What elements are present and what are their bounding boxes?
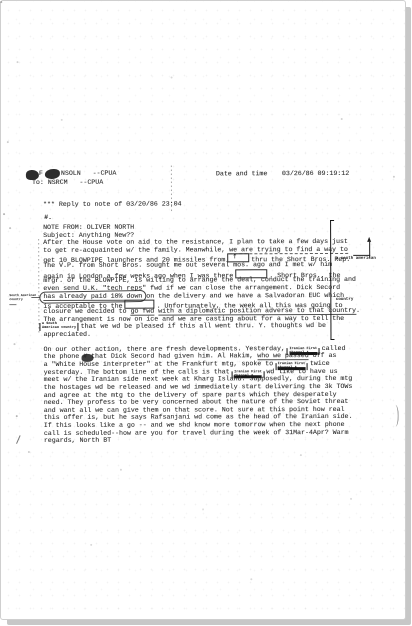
- pen-mark: #.: [44, 214, 52, 222]
- from-line-prefix: F: [39, 170, 43, 178]
- reply-line: *** Reply to note of 03/20/86 23:04: [43, 201, 182, 209]
- note-from-line: NOTE FROM: OLIVER NORTH: [43, 224, 134, 232]
- memo-content: F NSOLN --CPUA To: NSRCM --CPUA Date and…: [0, 0, 406, 619]
- arrow-line: [353, 255, 370, 256]
- memo-text: the phone # that Dick Secord had given h…: [44, 352, 258, 360]
- date-value: 03/26/86 09:19:12: [282, 170, 349, 178]
- scan-mark-paren: [392, 405, 399, 427]
- ink-smudge: [45, 169, 60, 179]
- stamp-line: country: [336, 298, 412, 303]
- scanned-memo-page: F NSOLN --CPUA To: NSRCM --CPUA Date and…: [0, 0, 406, 620]
- pen-circle: [39, 290, 146, 304]
- memo-text: off as: [309, 352, 337, 359]
- from-line: NSOLN --CPUA: [61, 170, 116, 178]
- memo-line: regards, North BT: [44, 437, 111, 445]
- memo-line: a SouthAmerican countrythat we wd be ple…: [37, 322, 326, 331]
- fold-line: [38, 239, 39, 334]
- underlined-text: who we passed: [257, 352, 308, 360]
- paper-specks: [0, 1, 2, 3]
- underlined-text: go fwd: [130, 308, 154, 316]
- memo-text: twice: [310, 360, 330, 367]
- memo-text: called: [322, 345, 346, 352]
- arrow-up-icon: ↑: [232, 253, 237, 261]
- memo-text: a "White House interpreter" at the Frank…: [44, 360, 274, 368]
- scan-mark: [16, 435, 21, 444]
- margin-note-line: country: [9, 298, 36, 302]
- memo-text: closure we decided to: [43, 308, 130, 315]
- date-label: Date and time: [216, 170, 267, 178]
- memo-text: .: [356, 307, 360, 314]
- to-line: To: NSRCM --CPUA: [32, 179, 103, 187]
- memo-text: that we wd be pleased if this all went t…: [81, 322, 326, 330]
- pen-dash: [9, 304, 16, 305]
- memo-line: appreciated.: [43, 331, 91, 339]
- fold-line: [171, 166, 172, 214]
- redaction-stamp-left: a SouthAmerican country: [39, 323, 78, 331]
